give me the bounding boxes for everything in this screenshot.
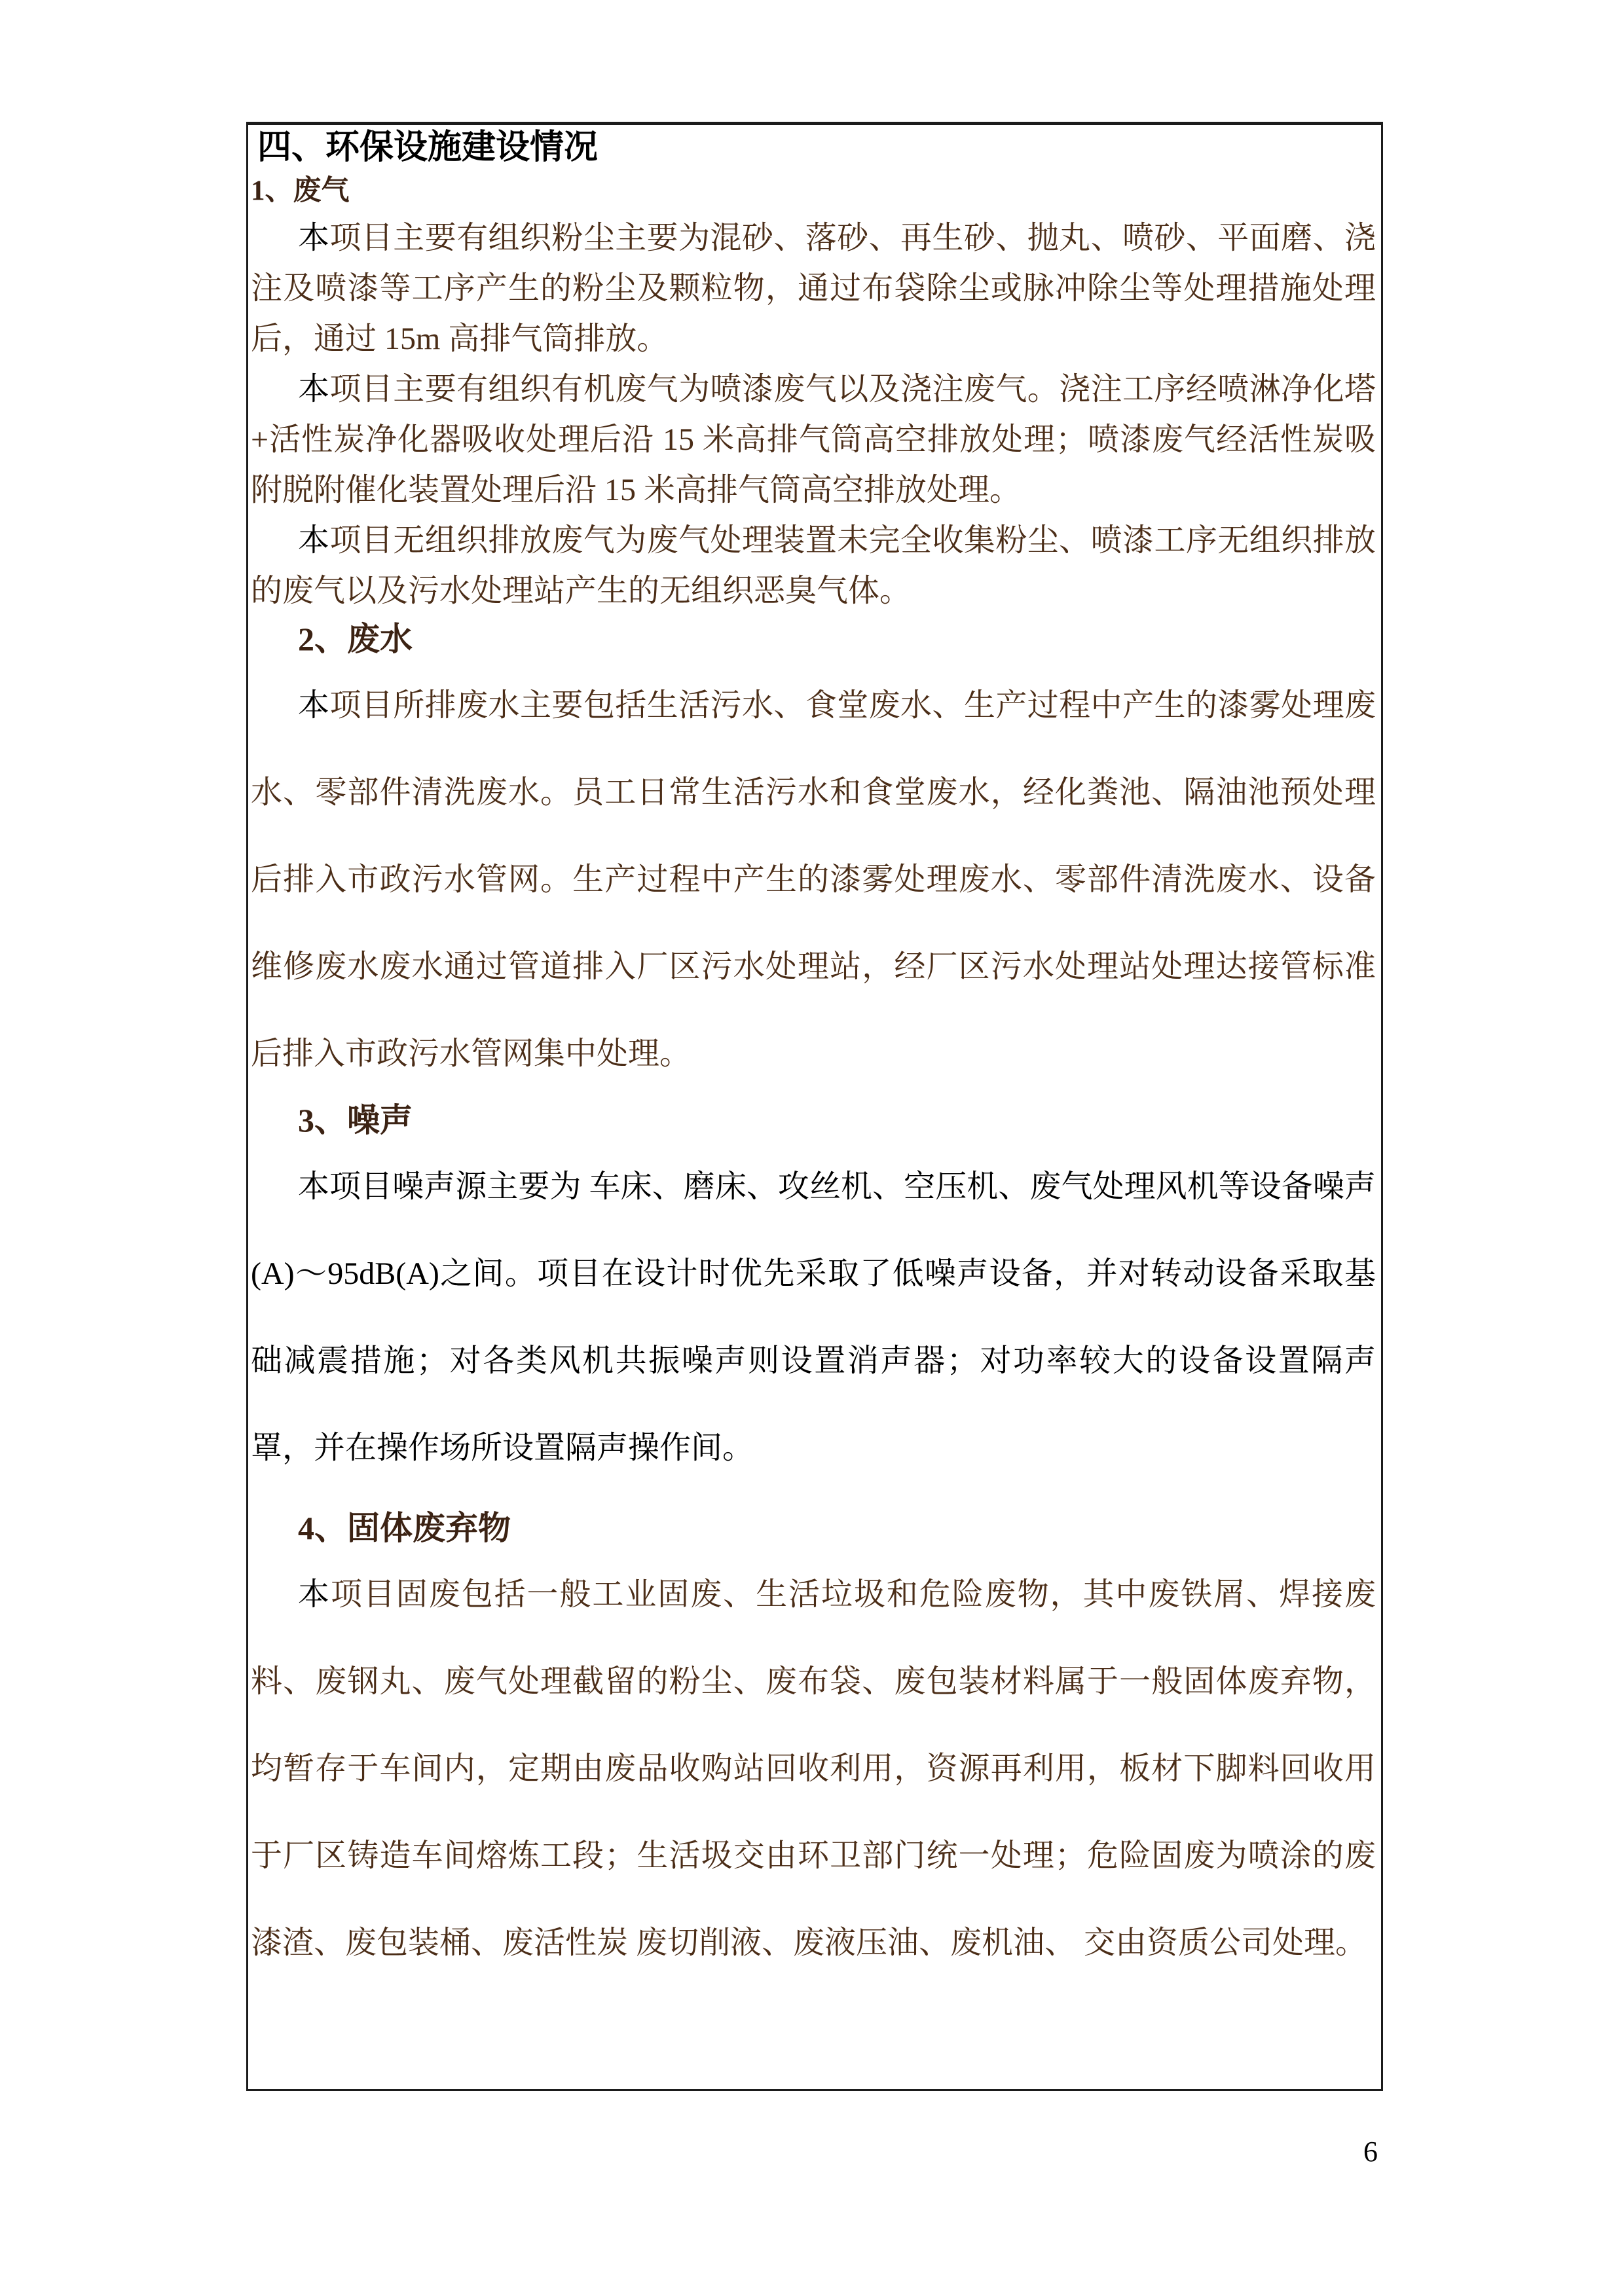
content-table: 四、环保设施建设情况 1、废气 本项目主要有组织粉尘主要为混砂、落砂、再生砂、抛…: [246, 122, 1383, 2091]
noise-paragraph: 本项目噪声源主要为 车床、磨床、攻丝机、空压机、废气处理风机等设备噪声(A)～9…: [251, 1143, 1376, 1491]
waste-gas-paragraph-3: 本项目无组织排放废气为废气处理装置未完全收集粉尘、喷漆工序无组织排放的废气以及污…: [251, 515, 1376, 616]
paragraph-text: 项目所排废水主要包括生活污水、食堂废水、生产过程中产生的漆雾处理废水、零部件清洗…: [251, 688, 1376, 1071]
paragraph-lead: 本: [298, 523, 329, 558]
heading-waste-gas: 1、废气: [251, 170, 1376, 213]
document-page: { "page": { "number": "6" }, "colors": {…: [0, 0, 1624, 2296]
paragraph-text: 项目主要有组织有机废气为喷漆废气以及浇注废气。浇注工序经喷淋净化塔+活性炭净化器…: [251, 372, 1376, 507]
paragraph-text: 本项目噪声源主要为 车床、磨床、攻丝机、空压机、废气处理风机等设备噪声(A)～9…: [251, 1169, 1376, 1465]
paragraph-lead: 本: [298, 221, 329, 255]
paragraph-lead: 本: [298, 1577, 331, 1612]
paragraph-lead: 本: [298, 372, 329, 407]
waste-gas-paragraph-2: 本项目主要有组织有机废气为喷漆废气以及浇注废气。浇注工序经喷淋净化塔+活性炭净化…: [251, 364, 1376, 515]
waste-water-paragraph: 本项目所排废水主要包括生活污水、食堂废水、生产过程中产生的漆雾处理废水、零部件清…: [251, 662, 1376, 1097]
paragraph-lead: 本: [298, 688, 329, 723]
waste-gas-paragraph-1: 本项目主要有组织粉尘主要为混砂、落砂、再生砂、抛丸、喷砂、平面磨、浇注及喷漆等工…: [251, 213, 1376, 364]
paragraph-text: 项目无组织排放废气为废气处理装置未完全收集粉尘、喷漆工序无组织排放的废气以及污水…: [251, 523, 1376, 608]
page-number: 6: [1363, 2136, 1378, 2168]
page-title: 四、环保设施建设情况: [251, 125, 1376, 170]
heading-solid-waste: 4、固体废弃物: [251, 1505, 1376, 1551]
paragraph-text: 项目固废包括一般工业固废、生活垃圾和危险废物，其中废铁屑、焊接废料、废钢丸、废气…: [251, 1577, 1376, 1960]
paragraph-text: 项目主要有组织粉尘主要为混砂、落砂、再生砂、抛丸、喷砂、平面磨、浇注及喷漆等工序…: [251, 221, 1376, 356]
solid-waste-paragraph: 本项目固废包括一般工业固废、生活垃圾和危险废物，其中废铁屑、焊接废料、废钢丸、废…: [251, 1551, 1376, 1986]
heading-noise: 3、噪声: [251, 1097, 1376, 1143]
heading-waste-water: 2、废水: [251, 616, 1376, 662]
